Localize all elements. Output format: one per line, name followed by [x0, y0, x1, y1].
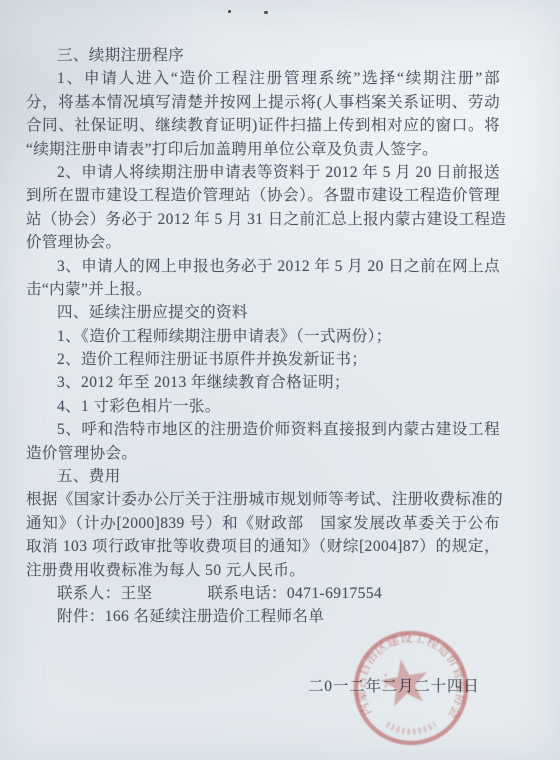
document-line: 合同、社保证明、继续教育证明)证件扫描上传到相对应的窗口。将 — [26, 114, 500, 137]
contact-person: 联系人：王坚 — [57, 585, 152, 602]
document-line: 根据《国家计委办公厅关于注册城市规划师等考试、注册收费标准的 — [26, 488, 500, 511]
document-line: 1、申请人进入“造价工程注册管理系统”选择“续期注册”部 — [26, 67, 500, 90]
scan-speck — [264, 11, 268, 14]
list-item: 1、《造价工程师续期注册申请表》（一式两份）； — [26, 325, 500, 348]
document-line: 注册费用收费标准为每人 50 元人民币。 — [26, 559, 500, 582]
list-item: 2、造价工程师注册证书原件并换发新证书； — [26, 348, 500, 371]
document-line: 价管理协会。 — [26, 231, 500, 254]
list-item: 3、2012 年至 2013 年继续教育合格证明； — [26, 371, 500, 394]
section-heading: 五、费用 — [26, 465, 500, 488]
document-line: 到所在盟市建设工程造价管理站（协会）。各盟市建设工程造价管理 — [26, 184, 500, 207]
section-heading: 四、延续注册应提交的资料 — [26, 301, 500, 324]
list-item: 4、1 寸彩色相片一张。 — [26, 395, 500, 418]
stamp-bottom-glyphs — [387, 724, 435, 732]
document-date: 二0一二年二月二十四日 — [308, 674, 480, 696]
document-line: 通知》（计办[2000]839 号）和《财政部 国家发展改革委关于公布 — [26, 512, 500, 535]
document-body: 三、续期注册程序 1、申请人进入“造价工程注册管理系统”选择“续期注册”部 分，… — [26, 44, 500, 629]
document-line: 3、申请人的网上申报也务必于 2012 年 5 月 20 日之前在网上点 — [26, 255, 500, 278]
document-line: 取消 103 项行政审批等收费项目的通知》（财综[2004]87）的规定， — [26, 535, 500, 558]
document-line: “续期注册申请表”打印后加盖聘用单位公章及负责人签字。 — [26, 138, 500, 161]
contact-phone: 联系电话：0471-6917554 — [207, 585, 382, 602]
list-item: 5、呼和浩特市地区的注册造价师资料直接报到内蒙古建设工程 — [26, 418, 500, 441]
attachment-line: 附件：166 名延续注册造价工程师名单 — [26, 605, 500, 628]
scan-speck — [228, 10, 231, 13]
document-line: 击“内蒙”并上报。 — [26, 278, 500, 301]
document-line: 站（协会）务必于 2012 年 5 月 31 日之前汇总上报内蒙古建设工程造 — [26, 208, 500, 231]
scanned-document-page: 三、续期注册程序 1、申请人进入“造价工程注册管理系统”选择“续期注册”部 分，… — [0, 0, 560, 760]
contact-line: 联系人：王坚联系电话：0471-6917554 — [26, 582, 500, 605]
document-line: 分，将基本情况填写清楚并按网上提示将(人事档案关系证明、劳动 — [26, 91, 500, 114]
section-heading: 三、续期注册程序 — [26, 44, 500, 67]
document-line: 造价管理协会。 — [26, 442, 500, 465]
document-line: 2、申请人将续期注册申请表等资料于 2012 年 5 月 20 日前报送 — [26, 161, 500, 184]
